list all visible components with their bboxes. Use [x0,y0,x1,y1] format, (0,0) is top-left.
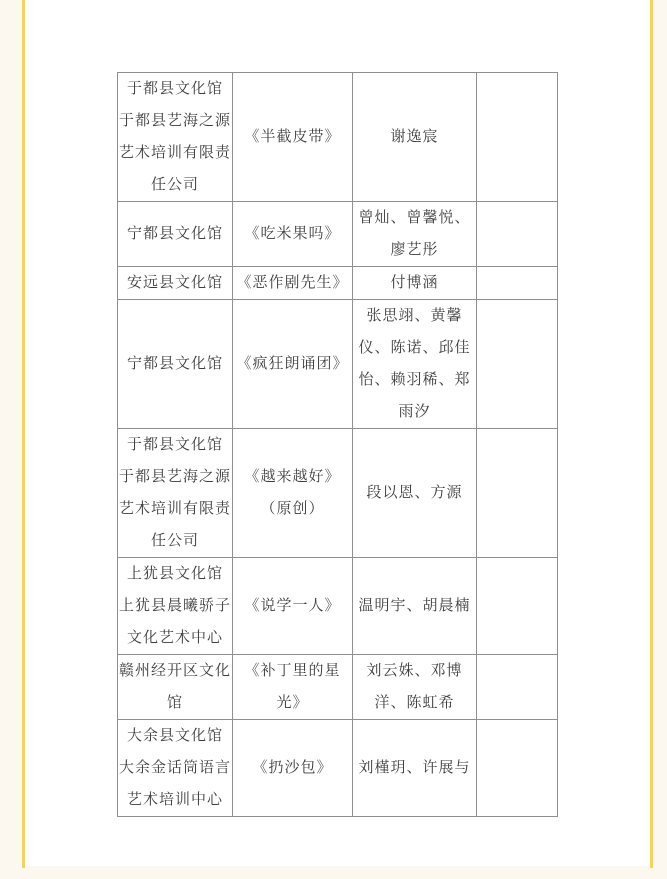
content-card: 于都县文化馆 于都县艺海之源艺术培训有限责任公司《半截皮带》谢逸宸宁都县文化馆《… [25,0,650,866]
cell-note [477,558,558,655]
table-row: 安远县文化馆《恶作剧先生》付博涵 [118,267,558,300]
cell-venue: 于都县文化馆 于都县艺海之源艺术培训有限责任公司 [118,73,233,202]
cell-performers: 张思翊、黄馨仪、陈诺、邱佳怡、赖羽稀、郑雨汐 [353,300,477,429]
cell-performers: 温明宇、胡晨楠 [353,558,477,655]
table-row: 赣州经开区文化馆《补丁里的星光》刘云姝、邓博洋、陈虹希 [118,655,558,720]
cell-venue: 赣州经开区文化馆 [118,655,233,720]
cell-work: 《说学一人》 [233,558,353,655]
cell-venue: 大余县文化馆 大余金话筒语言艺术培训中心 [118,720,233,817]
cell-work: 《扔沙包》 [233,720,353,817]
table-row: 宁都县文化馆《吃米果吗》曾灿、曾馨悦、廖艺彤 [118,202,558,267]
cell-work: 《半截皮带》 [233,73,353,202]
results-table-body: 于都县文化馆 于都县艺海之源艺术培训有限责任公司《半截皮带》谢逸宸宁都县文化馆《… [118,73,558,817]
right-accent-line [650,0,653,868]
cell-performers: 谢逸宸 [353,73,477,202]
cell-performers: 曾灿、曾馨悦、廖艺彤 [353,202,477,267]
cell-note [477,429,558,558]
cell-note [477,202,558,267]
cell-performers: 付博涵 [353,267,477,300]
table-row: 于都县文化馆 于都县艺海之源艺术培训有限责任公司《越来越好》（原创）段以恩、方源 [118,429,558,558]
table-row: 于都县文化馆 于都县艺海之源艺术培训有限责任公司《半截皮带》谢逸宸 [118,73,558,202]
table-row: 大余县文化馆 大余金话筒语言艺术培训中心《扔沙包》刘槿玥、许展与 [118,720,558,817]
cell-venue: 安远县文化馆 [118,267,233,300]
cell-venue: 于都县文化馆 于都县艺海之源艺术培训有限责任公司 [118,429,233,558]
cell-work: 《恶作剧先生》 [233,267,353,300]
cell-performers: 刘云姝、邓博洋、陈虹希 [353,655,477,720]
cell-performers: 刘槿玥、许展与 [353,720,477,817]
cell-note [477,720,558,817]
cell-note [477,73,558,202]
cell-work: 《疯狂朗诵团》 [233,300,353,429]
cell-venue: 宁都县文化馆 [118,202,233,267]
table-row: 宁都县文化馆《疯狂朗诵团》张思翊、黄馨仪、陈诺、邱佳怡、赖羽稀、郑雨汐 [118,300,558,429]
cell-work: 《吃米果吗》 [233,202,353,267]
cell-note [477,267,558,300]
cell-venue: 宁都县文化馆 [118,300,233,429]
cell-performers: 段以恩、方源 [353,429,477,558]
cell-work: 《补丁里的星光》 [233,655,353,720]
cell-note [477,655,558,720]
page: { "page": { "background_color": "#fdf8ef… [0,0,667,879]
cell-note [477,300,558,429]
cell-venue: 上犹县文化馆 上犹县晨曦骄子文化艺术中心 [118,558,233,655]
results-table: 于都县文化馆 于都县艺海之源艺术培训有限责任公司《半截皮带》谢逸宸宁都县文化馆《… [117,72,558,817]
table-row: 上犹县文化馆 上犹县晨曦骄子文化艺术中心《说学一人》温明宇、胡晨楠 [118,558,558,655]
cell-work: 《越来越好》（原创） [233,429,353,558]
